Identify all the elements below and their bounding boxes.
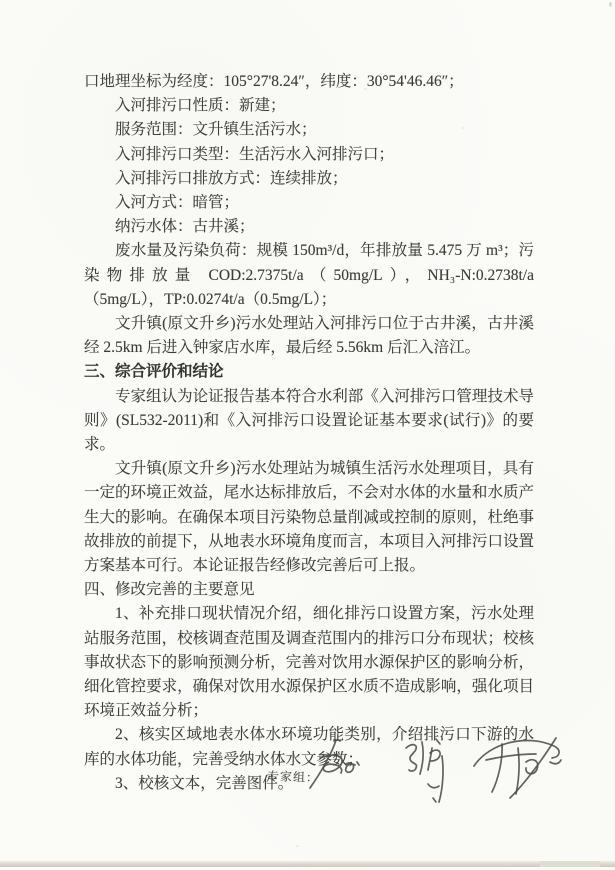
section-heading-revisions: 四、修改完善的主要意见 (84, 578, 534, 602)
paragraph-outfall-location: 文升镇(原文升乡)污水处理站入河排污口位于古井溪，古井溪经 2.5km 后进入钟… (84, 312, 534, 360)
paragraph-service-scope: 服务范围：文升镇生活污水； (84, 118, 534, 142)
scan-speckle (89, 717, 92, 719)
paragraph-wastewater-load: 废水量及污染负荷：规模 150m³/d，年排放量 5.475 万 m³；污染物排… (84, 239, 534, 312)
paragraph-feasibility: 文升镇(原文升乡)污水处理站为城镇生活污水处理项目，具有一定的环境正效益，尾水达… (84, 457, 534, 578)
expert-signature-2-icon (398, 736, 456, 810)
scan-speckle (364, 88, 367, 90)
scan-speckle (296, 845, 299, 847)
section-heading-evaluation: 三、综合评价和结论 (84, 360, 534, 384)
signature-block: 专家组： (0, 0, 615, 120)
scan-speckle (609, 2, 612, 7)
scan-speckle (462, 127, 464, 129)
paragraph-entry-method: 入河方式：暗管； (84, 191, 534, 215)
paragraph-outfall-type: 入河排污口类型：生活污水入河排污口； (84, 143, 534, 167)
expert-signature-1-icon (300, 738, 360, 792)
document-body: 口地理坐标为经度：105°27'8.24″，纬度：30°54'46.46″； 入… (84, 70, 534, 796)
scanned-document-page: 口地理坐标为经度：105°27'8.24″，纬度：30°54'46.46″； 入… (0, 0, 615, 870)
paragraph-expert-opinion: 专家组认为论证报告基本符合水利部《入河排污口管理技术导则》(SL532-2011… (84, 385, 534, 458)
paragraph-receiving-water: 纳污水体：古井溪； (84, 215, 534, 239)
paragraph-revision-1: 1、补充排口现状情况介绍，细化排污口设置方案，污水处理站服务范围，校核调查范围及… (84, 602, 534, 723)
scan-edge (0, 861, 615, 867)
expert-signature-3-icon (470, 730, 562, 802)
paragraph-discharge-mode: 入河排污口排放方式：连续排放； (84, 167, 534, 191)
